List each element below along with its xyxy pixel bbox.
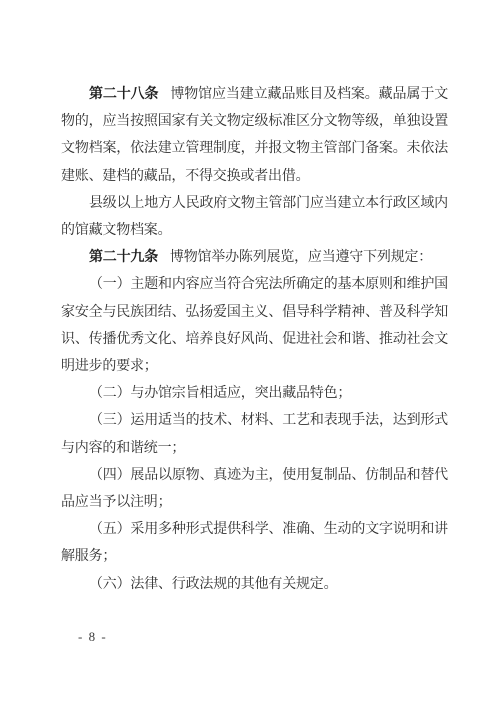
document-body: 第二十八条博物馆应当建立藏品账目及档案。藏品属于文物的，应当按照国家有关文物定级… [61,81,448,598]
article-29-number: 第二十九条 [89,250,158,265]
article-28-number: 第二十八条 [89,87,158,102]
paragraph-text: （五）采用多种形式提供科学、准确、生动的文字说明和讲解服务； [61,522,448,564]
paragraph-item-3: （三）运用适当的技术、材料、工艺和表现手法，达到形式与内容的和谐统一； [61,407,448,461]
paragraph-text: （三）运用适当的技术、材料、工艺和表现手法，达到形式与内容的和谐统一； [61,413,448,455]
paragraph-text: （四）展品以原物、真迹为主，使用复制品、仿制品和替代品应当予以注明； [61,468,448,510]
paragraph-text: 博物馆举办陈列展览，应当遵守下列规定： [170,250,432,265]
paragraph-text: （六）法律、行政法规的其他有关规定。 [89,577,337,592]
paragraph-article-28: 第二十八条博物馆应当建立藏品账目及档案。藏品属于文物的，应当按照国家有关文物定级… [61,81,448,190]
document-page: 第二十八条博物馆应当建立藏品账目及档案。藏品属于文物的，应当按照国家有关文物定级… [0,0,500,707]
paragraph-article-29: 第二十九条博物馆举办陈列展览，应当遵守下列规定： [61,244,448,271]
paragraph-item-1: （一）主题和内容应当符合宪法所确定的基本原则和维护国家安全与民族团结、弘扬爱国主… [61,271,448,380]
paragraph-text: （一）主题和内容应当符合宪法所确定的基本原则和维护国家安全与民族团结、弘扬爱国主… [61,277,448,374]
paragraph-item-4: （四）展品以原物、真迹为主，使用复制品、仿制品和替代品应当予以注明； [61,462,448,516]
paragraph-item-5: （五）采用多种形式提供科学、准确、生动的文字说明和讲解服务； [61,516,448,570]
paragraph-text: （二）与办馆宗旨相适应，突出藏品特色； [89,386,351,401]
paragraph: 县级以上地方人民政府文物主管部门应当建立本行政区域内的馆藏文物档案。 [61,190,448,244]
page-number: - 8 - [78,629,107,645]
paragraph-text: 县级以上地方人民政府文物主管部门应当建立本行政区域内的馆藏文物档案。 [61,196,448,238]
paragraph-item-2: （二）与办馆宗旨相适应，突出藏品特色； [61,380,448,407]
paragraph-item-6: （六）法律、行政法规的其他有关规定。 [61,571,448,598]
